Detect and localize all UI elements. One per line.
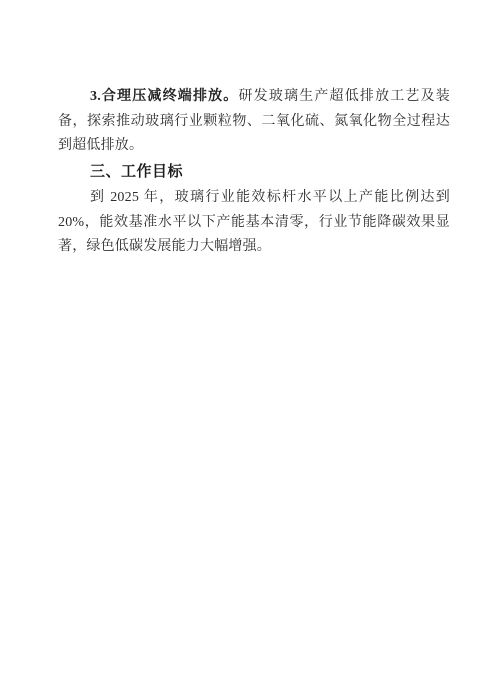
- section-heading-work-goals: 三、工作目标: [58, 160, 450, 185]
- paragraph-lead-bold: 3.合理压减终端排放。: [90, 89, 238, 104]
- paragraph-emission-reduction: 3.合理压减终端排放。研发玻璃生产超低排放工艺及装备，探索推动玻璃行业颗粒物、二…: [58, 85, 450, 159]
- document-content-block: 3.合理压减终端排放。研发玻璃生产超低排放工艺及装备，探索推动玻璃行业颗粒物、二…: [58, 85, 450, 260]
- document-page: 3.合理压减终端排放。研发玻璃生产超低排放工艺及装备，探索推动玻璃行业颗粒物、二…: [0, 0, 495, 700]
- paragraph-2025-goals: 到 2025 年，玻璃行业能效标杆水平以上产能比例达到 20%，能效基准水平以下…: [58, 186, 450, 260]
